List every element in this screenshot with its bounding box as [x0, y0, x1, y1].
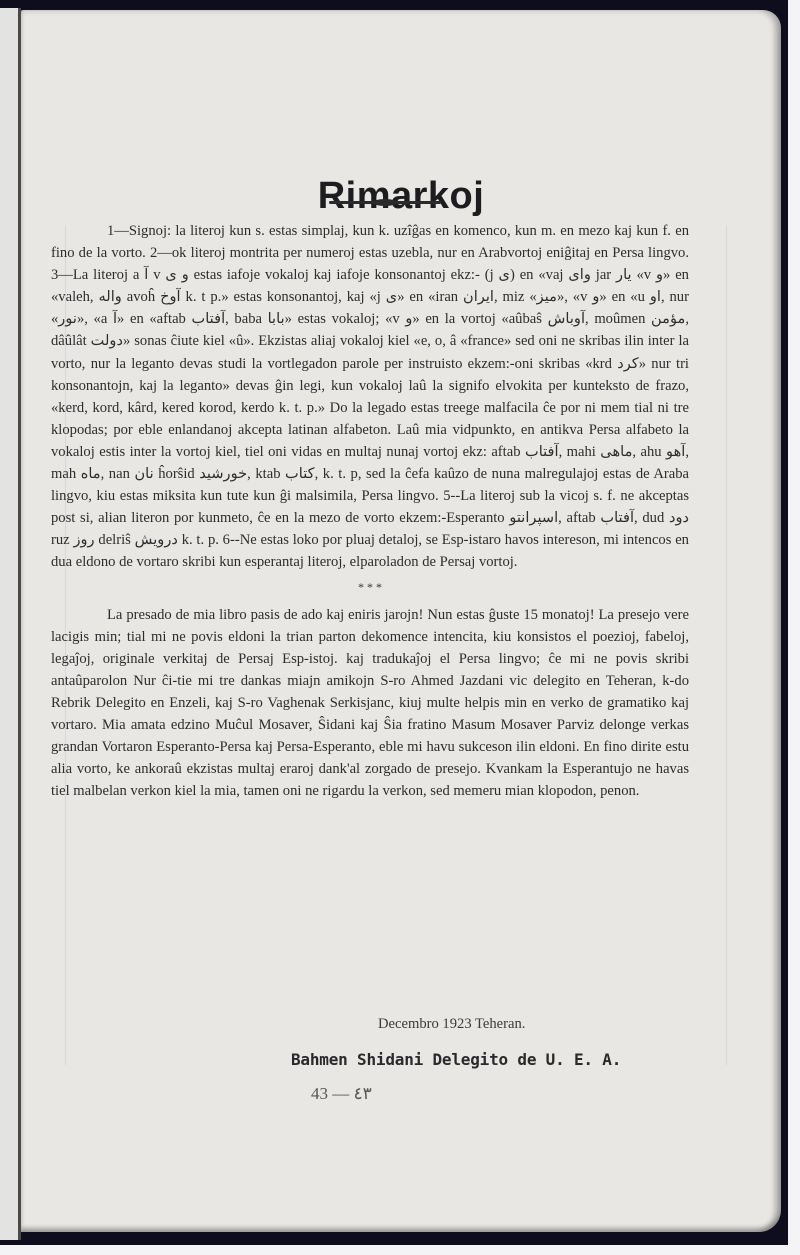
afterword-paragraph: La presado de mia libro pasis de ado kaj…: [51, 604, 689, 803]
remarks-body: 1—Signoj: la literoj kun s. estas simpla…: [51, 220, 689, 802]
previous-page-edge: [0, 8, 21, 1240]
book-page: Rimarkoj 1—Signoj: la literoj kun s. est…: [21, 10, 781, 1232]
page-title: Rimarkoj: [21, 175, 781, 218]
section-divider-asterisks: * * *: [51, 578, 689, 596]
title-ornament-divider: [329, 201, 441, 204]
page-number: 43 — ٤٣: [311, 1084, 372, 1104]
author-signature: Bahmen Shidani Delegito de U. E. A.: [291, 1050, 621, 1069]
date-place: Decembro 1923 Teheran.: [378, 1016, 525, 1033]
remarks-paragraph: 1—Signoj: la literoj kun s. estas simpla…: [51, 220, 689, 574]
